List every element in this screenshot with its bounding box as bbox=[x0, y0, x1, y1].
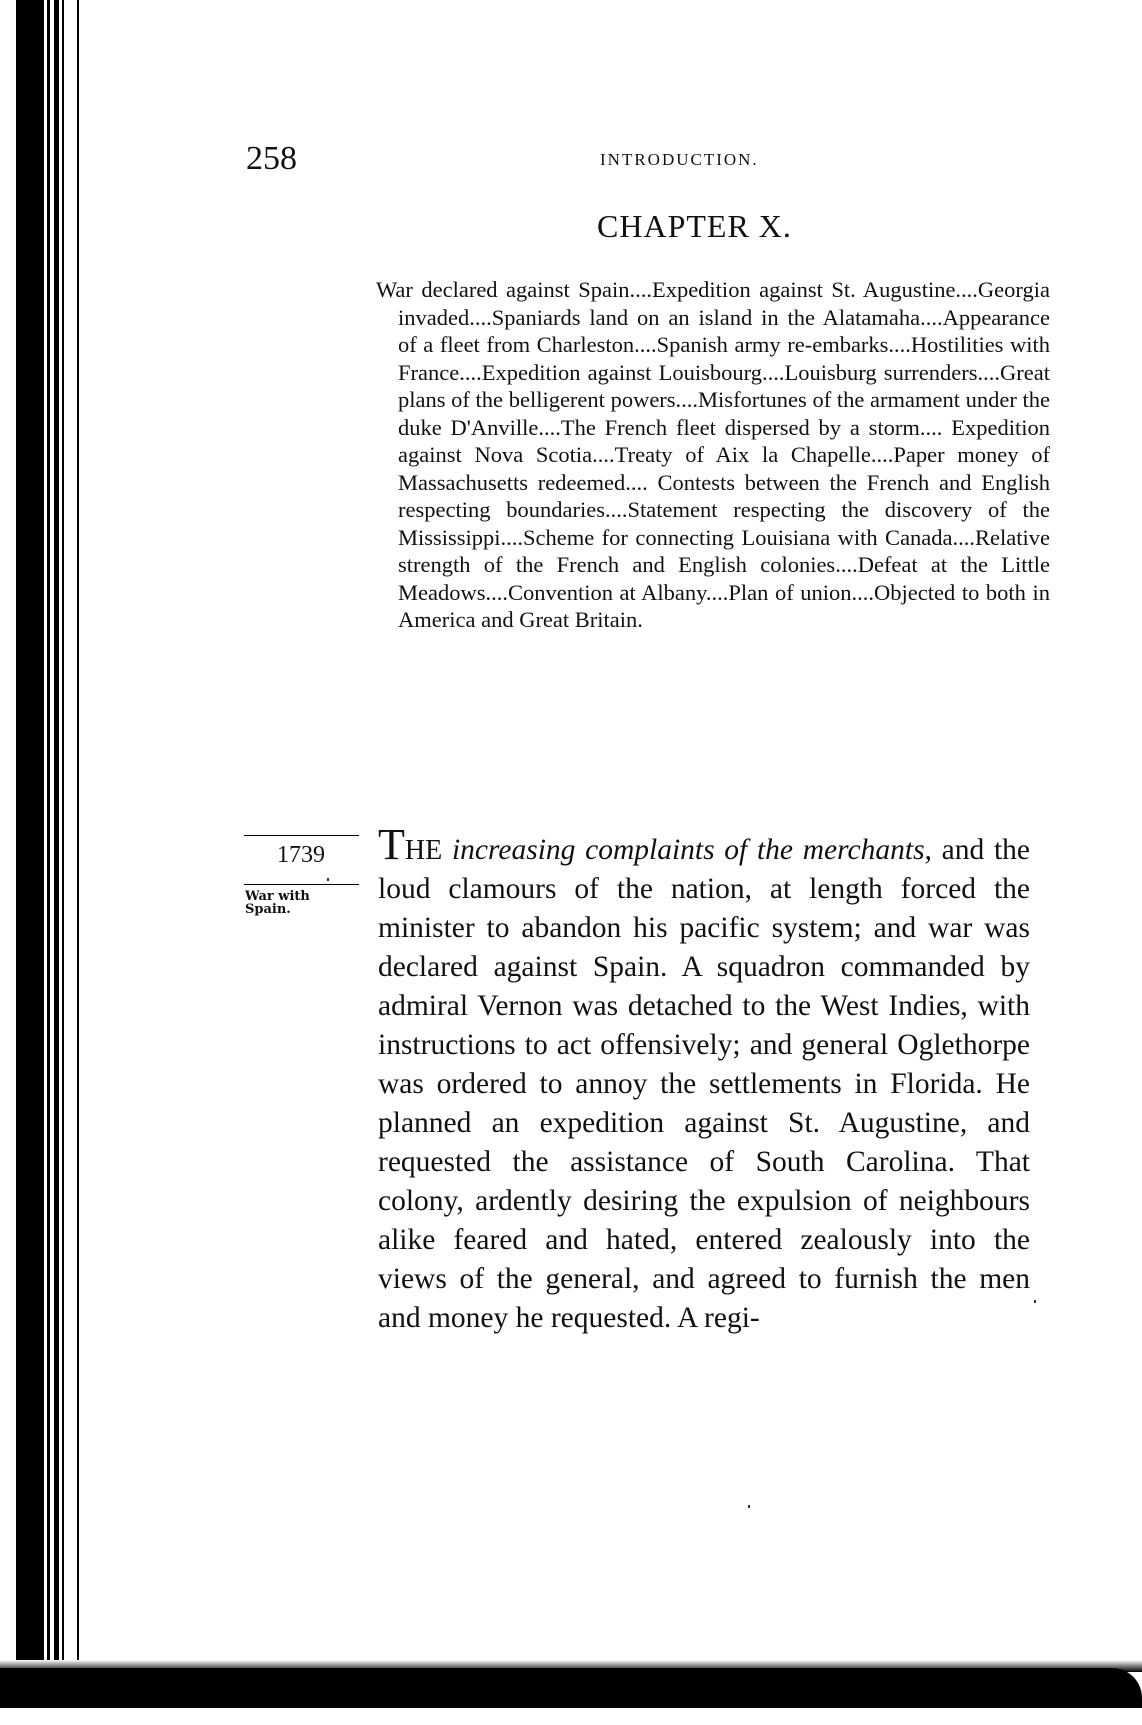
chapter-title: CHAPTER X. bbox=[597, 208, 792, 245]
body-paragraph: THE increasing complaints of the merchan… bbox=[378, 830, 1030, 1338]
drop-cap: T bbox=[378, 820, 405, 869]
opening-smallcaps: HE bbox=[405, 835, 442, 866]
margin-note-line-2: Spain. bbox=[245, 903, 310, 916]
margin-note: War with Spain. bbox=[245, 890, 310, 916]
page-bottom-edge bbox=[0, 1668, 1142, 1708]
opening-italic: increasing complaints of the merchants, bbox=[452, 834, 932, 866]
margin-rule-top bbox=[244, 835, 359, 836]
scan-speck bbox=[748, 1505, 750, 1508]
scan-speck bbox=[1034, 1300, 1036, 1303]
book-binding-edge bbox=[0, 0, 80, 1725]
chapter-summary: War declared against Spain....Expedition… bbox=[376, 276, 1050, 634]
margin-rule-bottom bbox=[244, 884, 359, 885]
body-text: and the loud clamours of the nation, at … bbox=[378, 834, 1030, 1334]
margin-year: 1739 bbox=[245, 842, 357, 869]
scan-speck bbox=[327, 878, 329, 881]
running-head: INTRODUCTION. bbox=[600, 150, 759, 170]
page-number: 258 bbox=[246, 140, 297, 178]
